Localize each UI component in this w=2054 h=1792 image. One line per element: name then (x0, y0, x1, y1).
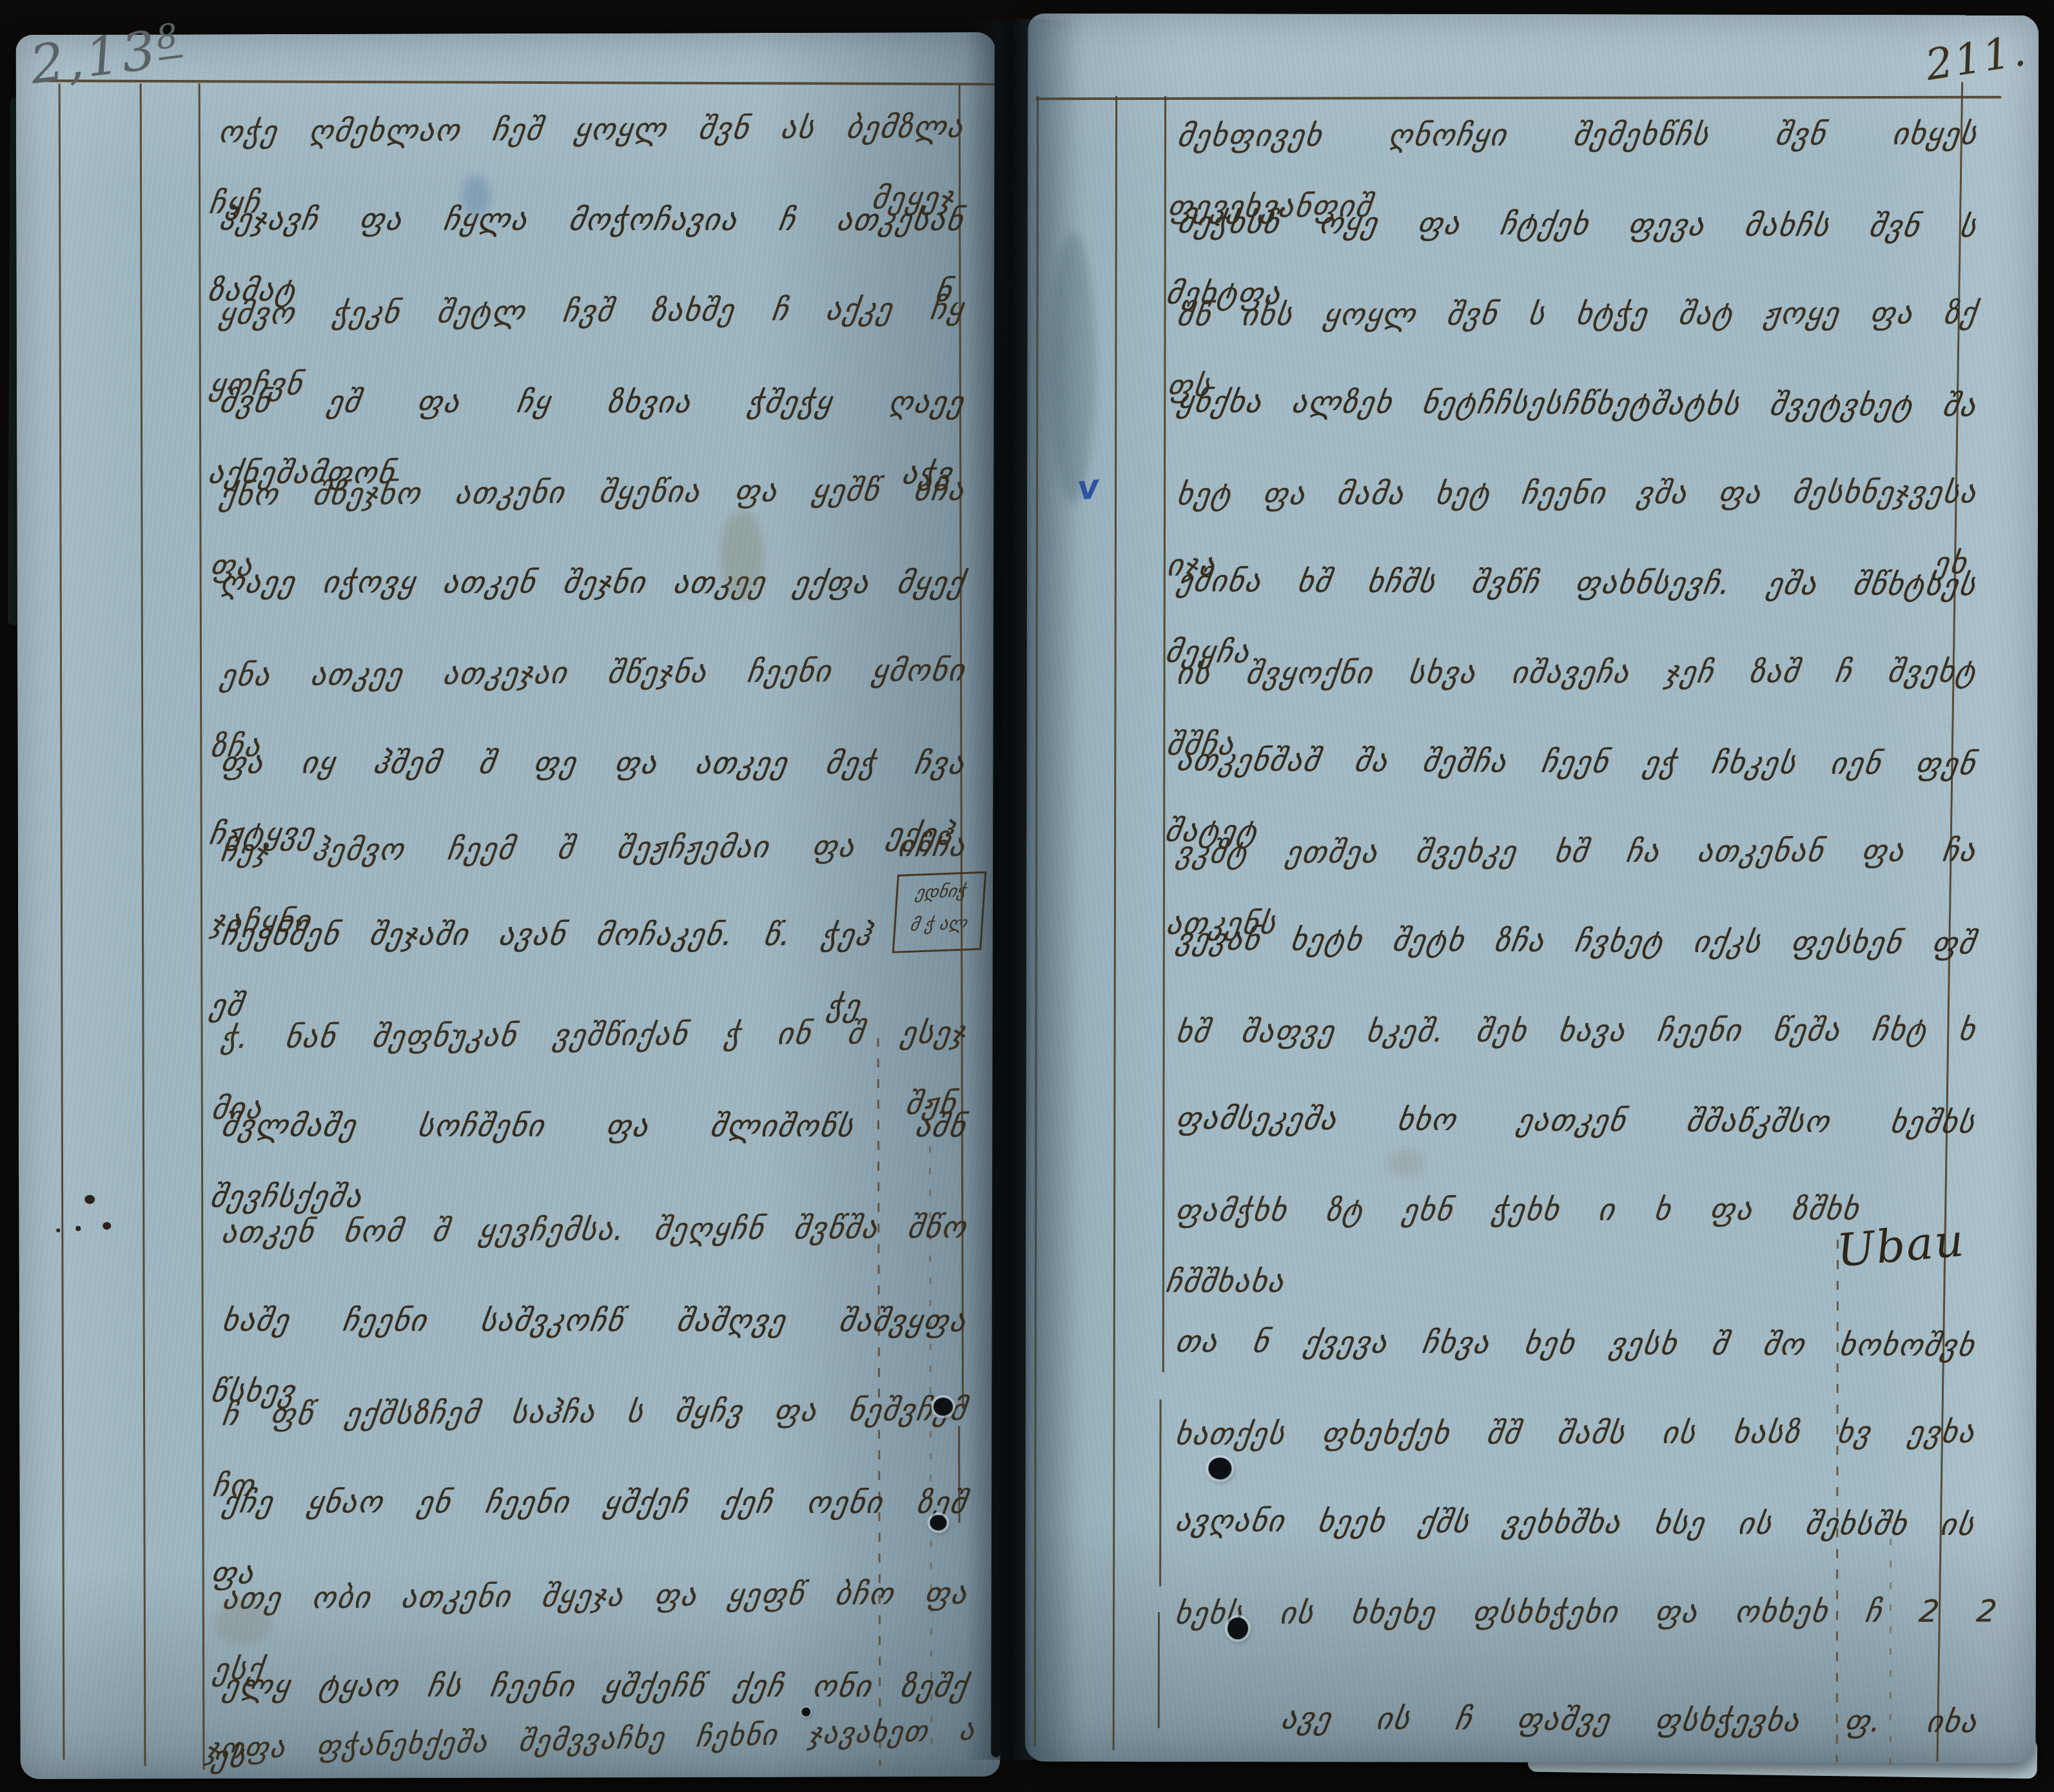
manuscript-line: ხათქეს ფხეხქეხ შშ შამს ის ხასზ ხვ ევხა (1171, 1398, 1981, 1470)
punch-hole (1208, 1457, 1231, 1479)
punch-hole (1228, 1617, 1248, 1639)
manuscript-line: ენა ათკეე ათკეჯაი შწეჯნა ჩეენი ყმონი ზჩა (215, 636, 970, 712)
paper-stain (461, 175, 491, 217)
right-margin-rule-3-segment (1158, 1612, 1160, 1728)
manuscript-line: შვლმაშე სოჩშენი ფა შლიშოწს აშნ შევჩსქეშა (216, 1091, 972, 1162)
manuscript-line: ღაეე იჭოვყ ათკენ შეჯნი ათკეე ექფა მყექ (215, 547, 970, 619)
manuscript-line: ჭ. ნან შეფნუკან ვეშწიქან ჭ ინ შ ესეჯ მია… (217, 998, 971, 1074)
gutter-shadow (966, 19, 1075, 1760)
manuscript-line: ათკენშაშ შა შეშჩა ჩეენ ეჭ ჩხკეს იენ ფენ … (1171, 725, 1982, 800)
paper-stain (213, 1601, 271, 1646)
manuscript-line: ის შვყოქნი სხვა იშავეჩა ჯეჩ ზაშ ჩ შვეხტ … (1172, 637, 1982, 710)
scanned-manuscript: { "left_page": { "pencil_number_main": "… (0, 0, 2054, 1792)
manuscript-line: ვკშტ ეთშეა შვეხკე ხშ ჩა ათკენან ფა ჩა ათ… (1171, 816, 1981, 889)
left-margin-rule-3 (199, 83, 205, 1769)
manuscript-line: ქჩე ყნაო ენ ჩეენი ყშქეჩ ქეჩ ოენი ზეშ ფა (217, 1467, 973, 1539)
manuscript-line: ხეხს ის ხხეხე ფსხხჭეხი ფა ოხხეხ ჩ 2 2 (1170, 1576, 2002, 1649)
ink-blot (75, 1226, 81, 1231)
manuscript-line: ყნქხა ალზეხ ნეტჩჩსესჩწხეტშატხს შვეტვხეტ … (1172, 367, 1982, 442)
paper-stain (1387, 1149, 1425, 1178)
manuscript-line: ქნო შწეჯნო ათკენი შყეწია ფა ყეშწ ბჩა ფა (215, 455, 970, 531)
manuscript-line: ფამჭხხ ზტ ეხნ ჭეხხ ი ხ ფა ზშხხ ჩშშხახა (1171, 1174, 1864, 1247)
right-page-text: მეხფივეხ ღნოჩყი შემეხწჩს შვნ იხყეს ფევეხ… (1175, 14, 1978, 1763)
manuscript-line: ფა იყ ჰშემ შ ფე ფა ათკეე მეჭ ჩვა ჩჟტყვე … (215, 728, 971, 799)
manuscript-line: ჰეჯავჩ ფა ჩყლა მოჭოჩავია ჩ ათკესან ზამატ… (214, 184, 970, 256)
manuscript-line: ყმვო ჭეკნ შეტლ ჩვშ ზახშე ჩ აქკე ჩყ ყოჩვნ (215, 274, 969, 350)
worm-hole (801, 1708, 810, 1717)
sewing-hole (930, 1515, 946, 1530)
left-page: 2,138 ოჭე ღმეხლაო ჩეშ ყოყლ შვნ ას ბემზლა… (15, 32, 1000, 1779)
manuscript-line: ჩეჯ ჰემვო ჩეემ შ შეჟჩჟემაი ფა იჩჩა ჯაჩყნ… (216, 811, 970, 887)
ink-blot (103, 1222, 111, 1230)
manuscript-line: ათკენ ნომ შ ყევჩემსა. შეღყჩნ შვწშა შწო (217, 1193, 972, 1269)
manuscript-line: ათე ობი ათკენი შყეჯა ფა ყეფწ ბჩო ფა ესქ (218, 1559, 972, 1635)
left-page-text: ოჭე ღმეხლაო ჩეშ ყოყლ შვნ ას ბემზლა ჩყჩ მ… (219, 32, 968, 1778)
manuscript-line: თა ნ ქვევა ჩხვა ხეხ ვესხ შ შო ხოხოშვხ (1170, 1307, 1981, 1381)
manuscript-line: ხშ შაფვე ხკეშ. შეხ ხავა ჩეენი წეშა ჩხტ ხ (1171, 995, 1981, 1068)
right-margin-rule-2 (1113, 96, 1117, 1750)
manuscript-line: ვევან ხეტხ შეტხ ზჩა ჩვხეტ იქკს ფესხენ ფშ (1171, 904, 1981, 979)
manuscript-line: ჩეენშენ შეჯაში ავან მოჩაკენ. წ. ჭეჰ ეშ ჭ… (216, 899, 878, 971)
ink-blot (56, 1229, 60, 1232)
manuscript-line: ავღანი ხეეხ ქშს ვეხხშხა ხსე ის შეხსშხ ის (1170, 1486, 1981, 1561)
right-margin-rule-3 (1162, 96, 1166, 1372)
manuscript-line: ეშინა ხშ ხჩშს შვწჩ ფახნსევჩ. ეშა შწხტსეს… (1171, 546, 1982, 621)
ink-blot (84, 1195, 95, 1204)
manuscript-line: შვნ ეშ ფა ჩყ ზხვია ჭშეჭყ ღაეე აქნეშამფონ… (215, 367, 970, 438)
pencil-folio-number: 2,138 (27, 16, 186, 96)
sewing-hole (934, 1398, 953, 1416)
manuscript-line: ფამსეკეშა ხხო ეათკენ შშაწკშსო ხეშხს (1171, 1084, 1981, 1158)
manuscript-line: ავე ის ჩ ფაშვე ფსხჭევხა ფ. იხა (1276, 1683, 1983, 1758)
manuscript-line: მეხფივეხ ღნოჩყი შემეხწჩს შვნ იხყეს ფევეხ… (1173, 99, 1982, 172)
manuscript-line: მეჭხსწ ოყე ფა ჩტქეხ ფევა მახჩს შვნ ს მეხ… (1172, 188, 1982, 262)
paper-stain (719, 510, 765, 600)
manuscript-line: ოჭე ღმეხლაო ჩეშ ყოყლ შვნ ას ბემზლა ჩყჩ მ… (214, 92, 968, 168)
manuscript-line: ჩ ფწ ექშსზჩემ საჰჩა ს შყჩვ ფა ნეშვჩემ ჩო (217, 1375, 972, 1451)
right-page: 211. v მეხფივეხ ღნოჩყი შემეხწჩს შვნ იხყე… (1025, 14, 2039, 1764)
pencil-folio-number-sup: 8 (154, 16, 183, 60)
manuscript-line: ხეტ ფა მამა ხეტ ჩეენი ვშა ფა მესხნეჯვესა… (1172, 458, 1982, 531)
left-margin-rule-2 (140, 83, 146, 1766)
manuscript-line: შწ იხს ყოყლ შვნ ს ხტჭე შატ ჟოყე ფა ზქ ფს (1173, 278, 1982, 351)
left-margin-rule-1 (59, 84, 65, 1760)
cursive-signature: Ubau (1835, 1214, 1967, 1278)
manuscript-line: ხაშე ჩეენი საშვკოჩწ შაშღვე შაშვყფა წსხევ (217, 1285, 972, 1357)
right-margin-rule-3-segment (1159, 1399, 1162, 1586)
